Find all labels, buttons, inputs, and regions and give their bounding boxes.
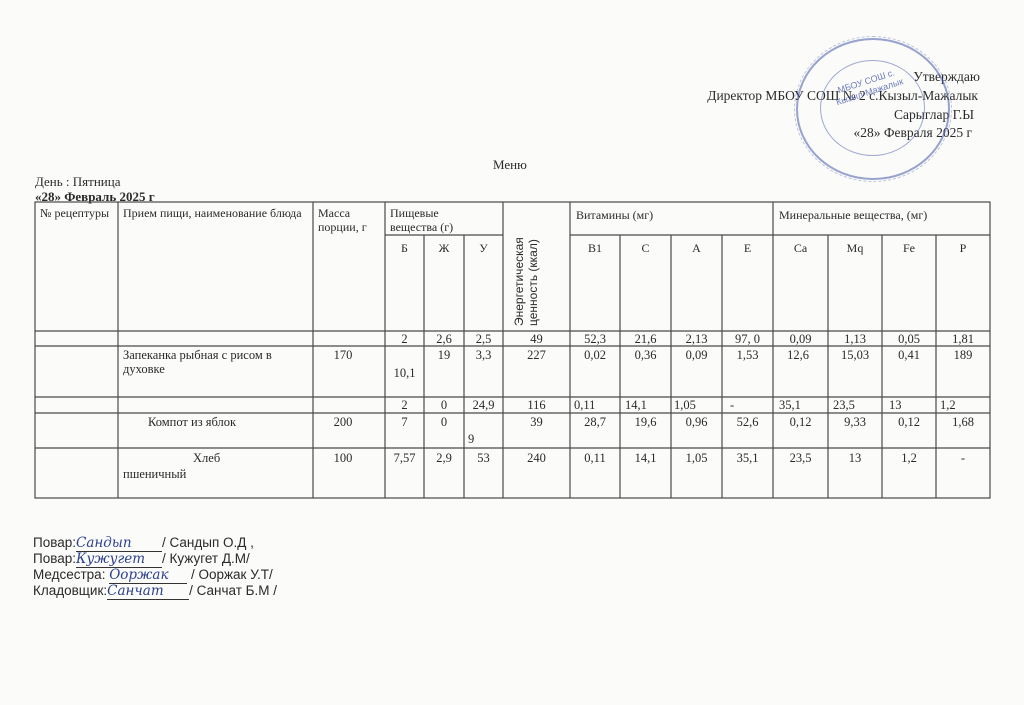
signature-row: Повар:Сандып/ Сандып О.Д , — [33, 535, 254, 552]
cell-mg: 1,13 — [828, 332, 882, 346]
signature-name: / Сандып О.Д , — [162, 535, 254, 550]
cell-p: 1,81 — [936, 332, 990, 346]
cell-fat: 2,6 — [424, 332, 464, 346]
header-energy-text: Энергетическая ценность (ккал) — [512, 216, 540, 326]
signature-name: / Кужугет Д.М/ — [162, 551, 250, 566]
cell-fat: 19 — [424, 348, 464, 362]
header-a: A — [671, 241, 722, 255]
cell-p: 1,2 — [940, 398, 956, 412]
cell-protein: 2 — [385, 398, 424, 412]
signature-row: Повар:Кужугет/ Кужугет Д.М/ — [33, 551, 250, 568]
cell-p: 189 — [936, 348, 990, 362]
cell-e: 1,53 — [722, 348, 773, 362]
cell-c: 21,6 — [620, 332, 671, 346]
header-recipe-no: № рецептуры — [40, 206, 112, 220]
cell-b1: 0,11 — [574, 398, 595, 412]
cell-ca: 23,5 — [773, 451, 828, 465]
cell-carbs: 2,5 — [464, 332, 503, 346]
cell-dish: Запеканка рыбная с рисом в духовке — [123, 348, 303, 376]
handwritten-signature: Кужугет — [76, 551, 162, 568]
cell-a: 2,13 — [671, 332, 722, 346]
cell-b1: 0,02 — [570, 348, 620, 362]
signature-row: Кладовщик:Санчат/ Санчат Б.М / — [33, 583, 277, 600]
cell-e: - — [730, 398, 734, 412]
cell-protein: 7 — [385, 415, 424, 429]
signature-name: / Ооржак У.Т/ — [191, 567, 273, 582]
header-dish: Прием пищи, наименование блюда — [123, 206, 308, 220]
signature-role: Кладовщик: — [33, 583, 107, 598]
cell-a: 1,05 — [674, 398, 696, 412]
cell-fat: 0 — [424, 415, 464, 429]
cell-mg: 13 — [828, 451, 882, 465]
cell-ca: 12,6 — [773, 348, 823, 362]
signature-role: Повар: — [33, 551, 76, 566]
cell-fat: 2,9 — [424, 451, 464, 465]
cell-mg: 23,5 — [833, 398, 855, 412]
cell-carbs: 53 — [464, 451, 503, 465]
cell-fat: 0 — [424, 398, 464, 412]
cell-fe: 13 — [889, 398, 902, 412]
cell-ca: 0,12 — [773, 415, 828, 429]
cell-p: - — [936, 451, 990, 465]
header-mg: Mq — [828, 241, 882, 255]
header-nutrients: Пищевые вещества (г) — [390, 206, 470, 234]
cell-fe: 0,41 — [882, 348, 936, 362]
cell-energy: 240 — [503, 451, 570, 465]
header-fat: Ж — [424, 241, 464, 255]
cell-energy: 39 — [503, 415, 570, 429]
cell-fe: 1,2 — [882, 451, 936, 465]
cell-c: 0,36 — [620, 348, 671, 362]
cell-e: 97, 0 — [722, 332, 773, 346]
cell-fe: 0,05 — [882, 332, 936, 346]
cell-c: 14,1 — [625, 398, 647, 412]
cell-c: 14,1 — [620, 451, 671, 465]
header-protein: Б — [385, 241, 424, 255]
cell-protein: 10,1 — [385, 366, 424, 380]
cell-b1: 52,3 — [570, 332, 620, 346]
cell-portion: 200 — [313, 415, 373, 429]
cell-a: 0,09 — [671, 348, 722, 362]
signature-row: Медсестра: Ооржак / Ооржак У.Т/ — [33, 567, 273, 584]
signature-name: / Санчат Б.М / — [189, 583, 277, 598]
cell-e: 35,1 — [722, 451, 773, 465]
cell-b1: 0,11 — [570, 451, 620, 465]
header-fe: Fe — [882, 241, 936, 255]
cell-portion: 100 — [313, 451, 373, 465]
header-energy: Энергетическая ценность (ккал) — [512, 206, 540, 326]
header-ca: Ca — [773, 241, 828, 255]
header-p: P — [936, 241, 990, 255]
handwritten-signature: Санчат — [107, 583, 189, 600]
cell-energy: 116 — [503, 398, 570, 412]
header-b1: B1 — [570, 241, 620, 255]
cell-energy: 227 — [503, 348, 570, 362]
cell-portion: 170 — [313, 348, 373, 362]
header-portion: Масса порции, г — [318, 206, 382, 234]
handwritten-signature: Ооржак — [109, 567, 187, 584]
handwritten-signature: Сандып — [76, 535, 162, 552]
signature-role: Медсестра: — [33, 567, 105, 582]
cell-mg: 15,03 — [828, 348, 882, 362]
cell-protein: 7,57 — [385, 451, 424, 465]
header-e: E — [722, 241, 773, 255]
cell-b1: 28,7 — [570, 415, 620, 429]
cell-dish-line-1: Хлеб — [193, 451, 220, 465]
cell-ca: 35,1 — [779, 398, 801, 412]
signature-role: Повар: — [33, 535, 76, 550]
cell-fe: 0,12 — [882, 415, 936, 429]
cell-carbs: 9 — [468, 432, 474, 446]
cell-a: 0,96 — [671, 415, 722, 429]
cell-a: 1,05 — [671, 451, 722, 465]
cell-e: 52,6 — [722, 415, 773, 429]
cell-p: 1,68 — [936, 415, 990, 429]
cell-carbs: 3,3 — [464, 348, 503, 362]
cell-protein: 2 — [385, 332, 424, 346]
header-c: C — [620, 241, 671, 255]
cell-dish: Компот из яблок — [148, 415, 236, 429]
header-minerals: Минеральные вещества, (мг) — [779, 208, 927, 222]
cell-mg: 9,33 — [828, 415, 882, 429]
header-carbs: У — [464, 241, 503, 255]
cell-carbs: 24,9 — [464, 398, 503, 412]
header-vitamins: Витамины (мг) — [576, 208, 653, 222]
cell-energy: 49 — [503, 332, 570, 346]
cell-ca: 0,09 — [773, 332, 828, 346]
cell-dish-line-2: пшеничный — [123, 467, 186, 481]
cell-c: 19,6 — [620, 415, 671, 429]
